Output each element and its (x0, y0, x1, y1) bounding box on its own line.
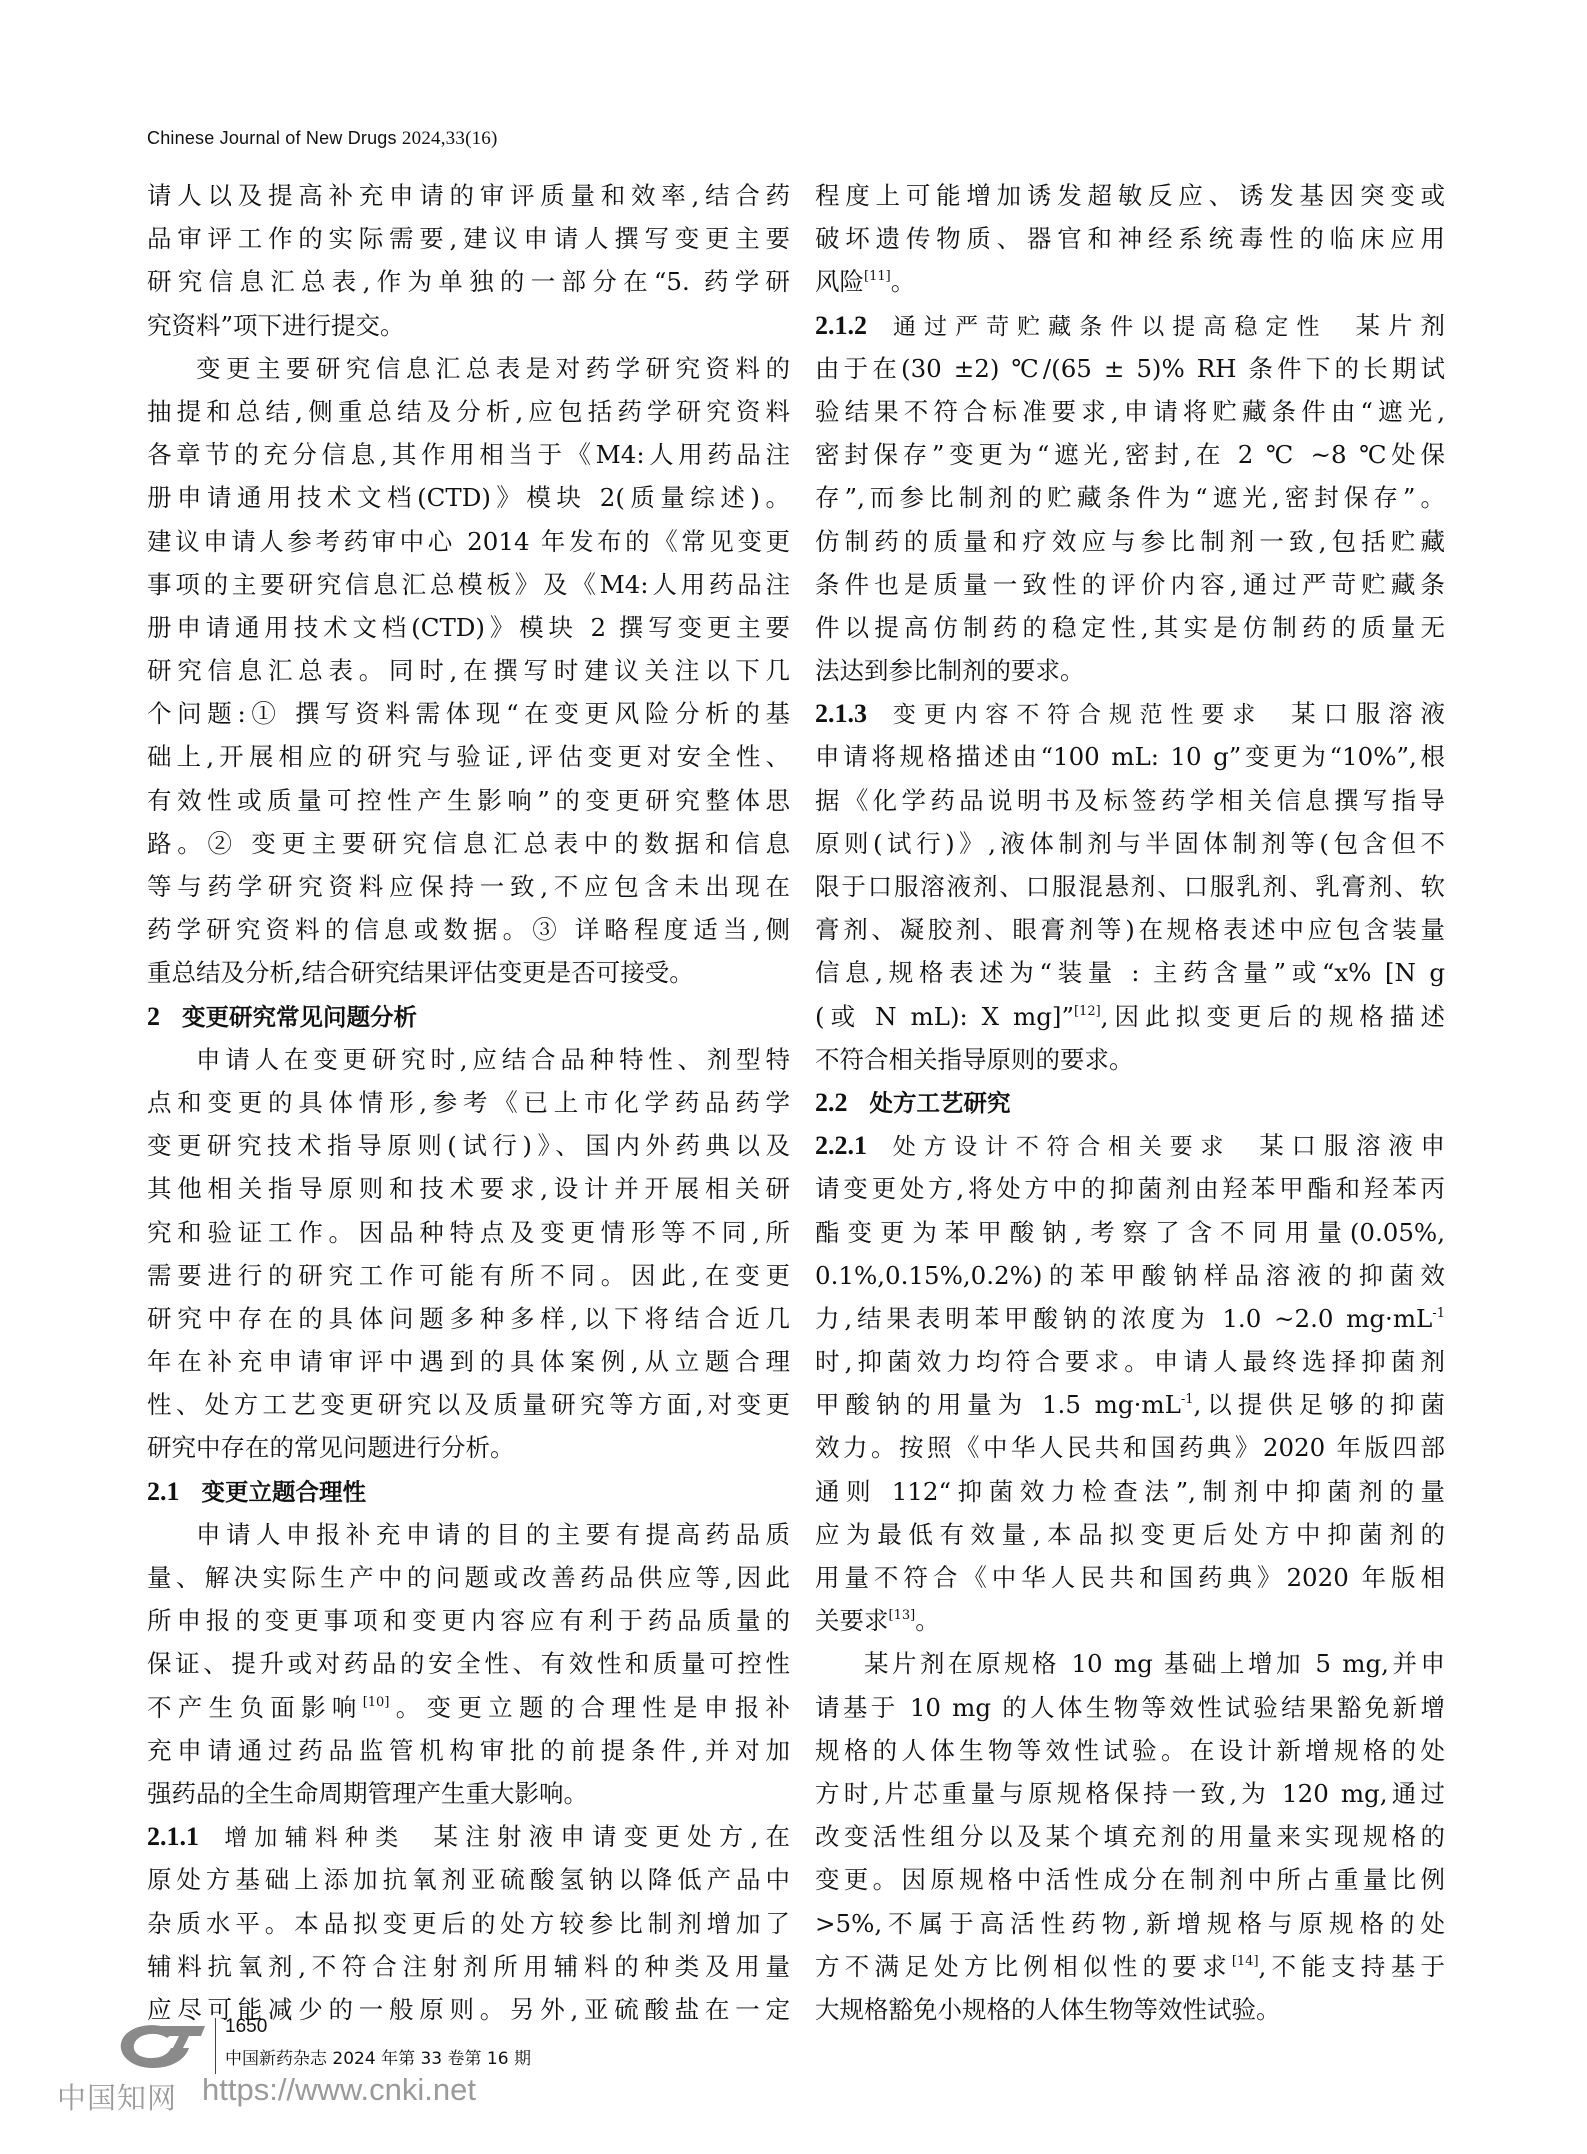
subsection-number: 2.1.1 (147, 1822, 199, 1851)
journal-name: Chinese Journal of New Drugs (147, 128, 397, 148)
text-line: 条件也是质量一致性的评价内容,通过严苛贮藏条 (815, 563, 1445, 606)
citation-12[interactable]: [12] (1074, 1004, 1101, 1019)
text-line: 限于口服溶液剂、口服混悬剂、口服乳剂、乳膏剂、软 (815, 865, 1445, 908)
text-fragment: (或 N mL): X mg]” (815, 1002, 1074, 1031)
text-line: 点和变更的具体情形,参考《已上市化学药品药学 (147, 1081, 790, 1124)
text-line: 时,抑菌效力均符合要求。申请人最终选择抑菌剂 (815, 1340, 1445, 1383)
text-line: 究和验证工作。因品种特点及变更情形等不同,所 (147, 1211, 790, 1254)
page-number: 1650 (225, 2016, 267, 2038)
text-line: 需要进行的研究工作可能有所不同。因此,在变更 (147, 1254, 790, 1297)
text-fragment: ,不能支持基于 (1259, 1952, 1445, 1981)
text-fragment: 某口服溶液申 (1259, 1131, 1445, 1160)
text-line: 原处方基础上添加抗氧剂亚硫酸氢钠以降低产品中 (147, 1858, 790, 1901)
cnki-watermark-name: 中国知网 (57, 2076, 177, 2117)
text-line: 杂质水平。本品拟变更后的处方较参比制剂增加了 (147, 1902, 790, 1945)
text-line: 究资料”项下进行提交。 (147, 304, 790, 347)
text-line: 件以提高仿制药的稳定性,其实是仿制药的质量无 (815, 606, 1445, 649)
text-line-with-citation: (或 N mL): X mg]”[12],因此拟变更后的规格描述 (815, 995, 1445, 1038)
text-line: 验结果不符合标准要求,申请将贮藏条件由“遮光, (815, 390, 1445, 433)
subsection-number: 2.1.3 (815, 699, 867, 728)
text-line: 信息,规格表述为“装量 : 主药含量”或“x% [N g (815, 951, 1445, 994)
text-fragment: 某注射液申请变更处方,在 (433, 1822, 790, 1851)
citation-14[interactable]: [14] (1232, 1954, 1259, 1969)
text-line: 大规格豁免小规格的人体生物等效性试验。 (815, 1988, 1445, 2031)
text-line: 所申报的变更事项和变更内容应有利于药品质量的 (147, 1599, 790, 1642)
text-line: 请基于 10 mg 的人体生物等效性试验结果豁免新增 (815, 1686, 1445, 1729)
text-line-with-citation: 方不满足处方比例相似性的要求[14],不能支持基于 (815, 1945, 1445, 1988)
text-line: 研究中存在的常见问题进行分析。 (147, 1426, 790, 1469)
text-line: 破坏遗传物质、器官和神经系统毒性的临床应用 (815, 217, 1445, 260)
superscript-exponent: -1 (1432, 1306, 1445, 1321)
text-line: 原则(试行)》,液体制剂与半固体制剂等(包含但不 (815, 822, 1445, 865)
text-line-with-citation: 风险[11]。 (815, 260, 1445, 303)
text-line: 研究信息汇总表,作为单独的一部分在“5. 药学研 (147, 260, 790, 303)
text-line: 改变活性组分以及某个填充剂的用量来实现规格的 (815, 1815, 1445, 1858)
text-line: 方时,片芯重量与原规格保持一致,为 120 mg,通过 (815, 1772, 1445, 1815)
subsection-heading-2-1-1: 2.1.1增加辅料种类某注射液申请变更处方,在 (147, 1815, 790, 1858)
footer-journal-issue: 中国新药杂志 2024 年第 33 卷第 16 期 (225, 2044, 531, 2069)
text-line: 强药品的全生命周期管理产生重大影响。 (147, 1772, 790, 1815)
text-line: 研究中存在的具体问题多种多样,以下将结合近几 (147, 1297, 790, 1340)
running-head: Chinese Journal of New Drugs 2024,33(16) (147, 128, 498, 150)
subsection-title: 通过严苛贮藏条件以提高稳定性 (885, 314, 1327, 340)
section-number: 2.2 (815, 1088, 848, 1117)
text-line-with-citation: 不产生负面影响[10]。变更立题的合理性是申报补 (147, 1686, 790, 1729)
citation-11[interactable]: [11] (864, 269, 891, 284)
text-line: 保证、提升或对药品的安全性、有效性和质量可控性 (147, 1642, 790, 1685)
text-fragment: 某口服溶液 (1291, 699, 1445, 728)
text-line: 辅料抗氧剂,不符合注射剂所用辅料的种类及用量 (147, 1945, 790, 1988)
text-line: 应为最低有效量,本品拟变更后处方中抑菌剂的 (815, 1513, 1445, 1556)
section-heading-2-2: 2.2处方工艺研究 (815, 1081, 1445, 1124)
text-line: 变更。因原规格中活性成分在制剂中所占重量比例 (815, 1858, 1445, 1901)
text-line: 抽提和总结,侧重总结及分析,应包括药学研究资料 (147, 390, 790, 433)
section-heading-2: 2变更研究常见问题分析 (147, 995, 790, 1038)
text-line: 其他相关指导原则和技术要求,设计并开展相关研 (147, 1167, 790, 1210)
text-line: 0.1%,0.15%,0.2%)的苯甲酸钠样品溶液的抑菌效 (815, 1254, 1445, 1297)
text-line: 年在补充申请审评中遇到的具体案例,从立题合理 (147, 1340, 790, 1383)
text-fragment: 关要求 (815, 1606, 889, 1635)
text-line: 建议申请人参考药审中心 2014 年发布的《常见变更 (147, 520, 790, 563)
text-line: 某片剂在原规格 10 mg 基础上增加 5 mg,并申 (815, 1642, 1445, 1685)
text-line: 事项的主要研究信息汇总模板》及《M4:人用药品注 (147, 563, 790, 606)
text-fragment: 力,结果表明苯甲酸钠的浓度为 1.0 ~2.0 mg·mL (815, 1304, 1432, 1333)
text-fragment: 不产生负面影响 (147, 1693, 363, 1722)
text-line: 变更主要研究信息汇总表是对药学研究资料的 (147, 347, 790, 390)
text-line: 变更研究技术指导原则(试行)》、国内外药典以及 (147, 1124, 790, 1167)
text-line: 册申请通用技术文档(CTD)》模块 2 撰写变更主要 (147, 606, 790, 649)
section-number: 2.1 (147, 1477, 180, 1506)
subsection-heading-2-1-3: 2.1.3变更内容不符合规范性要求某口服溶液 (815, 692, 1445, 735)
section-title: 变更立题合理性 (202, 1478, 367, 1506)
text-line: 充申请通过药品监管机构审批的前提条件,并对加 (147, 1729, 790, 1772)
text-line: 量、解决实际生产中的问题或改善药品供应等,因此 (147, 1556, 790, 1599)
text-fragment: ,因此拟变更后的规格描述 (1101, 1002, 1445, 1031)
text-line: 存”,而参比制剂的贮藏条件为“遮光,密封保存”。 (815, 476, 1445, 519)
section-number: 2 (147, 1002, 160, 1031)
section-heading-2-1: 2.1变更立题合理性 (147, 1470, 790, 1513)
text-fragment: 方不满足处方比例相似性的要求 (815, 1952, 1232, 1981)
text-line: 请人以及提高补充申请的审评质量和效率,结合药 (147, 174, 790, 217)
text-line: 不符合相关指导原则的要求。 (815, 1038, 1445, 1081)
text-line: 规格的人体生物等效性试验。在设计新增规格的处 (815, 1729, 1445, 1772)
text-line: 通则 112“抑菌效力检查法”,制剂中抑菌剂的量 (815, 1470, 1445, 1513)
section-title: 变更研究常见问题分析 (182, 1003, 417, 1031)
text-line: 申请将规格描述由“100 mL: 10 g”变更为“10%”,根 (815, 735, 1445, 778)
text-line: 等与药学研究资料应保持一致,不应包含未出现在 (147, 865, 790, 908)
volume-issue: 2024,33(16) (402, 128, 498, 149)
text-fragment: 风险 (815, 267, 864, 296)
left-column: 请人以及提高补充申请的审评质量和效率,结合药 品审评工作的实际需要,建议申请人撰… (147, 174, 790, 2031)
text-line: 请变更处方,将处方中的抑菌剂由羟苯甲酯和羟苯丙 (815, 1167, 1445, 1210)
text-line: 酯变更为苯甲酸钠,考察了含不同用量(0.05%, (815, 1211, 1445, 1254)
text-line: 仿制药的质量和疗效应与参比制剂一致,包括贮藏 (815, 520, 1445, 563)
subsection-number: 2.1.2 (815, 311, 867, 340)
text-line: 册申请通用技术文档(CTD)》模块 2(质量综述)。 (147, 476, 790, 519)
journal-logo-icon (115, 2018, 207, 2074)
subsection-title: 变更内容不符合规范性要求 (885, 702, 1263, 728)
text-line-with-citation: 关要求[13]。 (815, 1599, 1445, 1642)
text-line: 性、处方工艺变更研究以及质量研究等方面,对变更 (147, 1383, 790, 1426)
superscript-exponent: -1 (1181, 1392, 1194, 1407)
text-line: 研究信息汇总表。同时,在撰写时建议关注以下几 (147, 649, 790, 692)
text-fragment: 某片剂 (1355, 311, 1445, 340)
section-title: 处方工艺研究 (870, 1089, 1011, 1117)
text-line-with-superscript: 甲酸钠的用量为 1.5 mg·mL-1,以提供足够的抑菌 (815, 1383, 1445, 1426)
text-line: 品审评工作的实际需要,建议申请人撰写变更主要 (147, 217, 790, 260)
text-line: 重总结及分析,结合研究结果评估变更是否可接受。 (147, 951, 790, 994)
right-column: 程度上可能增加诱发超敏反应、诱发基因突变或 破坏遗传物质、器官和神经系统毒性的临… (815, 174, 1445, 2031)
citation-10[interactable]: [10] (363, 1695, 390, 1710)
text-line: 申请人申报补充申请的目的主要有提高药品质 (147, 1513, 790, 1556)
text-line: 础上,开展相应的研究与验证,评估变更对安全性、 (147, 735, 790, 778)
text-line: 程度上可能增加诱发超敏反应、诱发基因突变或 (815, 174, 1445, 217)
subsection-heading-2-2-1: 2.2.1处方设计不符合相关要求某口服溶液申 (815, 1124, 1445, 1167)
subsection-heading-2-1-2: 2.1.2通过严苛贮藏条件以提高稳定性某片剂 (815, 304, 1445, 347)
text-line: 用量不符合《中华人民共和国药典》2020 年版相 (815, 1556, 1445, 1599)
text-line: 法达到参比制剂的要求。 (815, 649, 1445, 692)
text-line: 药学研究资料的信息或数据。③ 详略程度适当,侧 (147, 908, 790, 951)
text-line: 效力。按照《中华人民共和国药典》2020 年版四部 (815, 1426, 1445, 1469)
subsection-title: 处方设计不符合相关要求 (885, 1134, 1231, 1160)
text-line: >5%,不属于高活性药物,新增规格与原规格的处 (815, 1902, 1445, 1945)
text-line: 由于在(30 ±2) ℃/(65 ± 5)% RH 条件下的长期试 (815, 347, 1445, 390)
text-line: 各章节的充分信息,其作用相当于《M4:人用药品注 (147, 433, 790, 476)
text-fragment: 。变更立题的合理性是申报补 (389, 1693, 790, 1722)
text-fragment: 。 (915, 1606, 940, 1635)
text-line: 申请人在变更研究时,应结合品种特性、剂型特 (147, 1038, 790, 1081)
footer-divider (215, 2018, 216, 2074)
text-line: 膏剂、凝胶剂、眼膏剂等)在规格表述中应包含装量 (815, 908, 1445, 951)
citation-13[interactable]: [13] (889, 1608, 916, 1623)
text-line: 路。② 变更主要研究信息汇总表中的数据和信息 (147, 822, 790, 865)
text-line: 据《化学药品说明书及标签药学相关信息撰写指导 (815, 779, 1445, 822)
text-line: 个问题:① 撰写资料需体现“在变更风险分析的基 (147, 692, 790, 735)
text-line: 密封保存”变更为“遮光,密封,在 2 ℃ ~8 ℃处保 (815, 433, 1445, 476)
text-line-with-superscript: 力,结果表明苯甲酸钠的浓度为 1.0 ~2.0 mg·mL-1 (815, 1297, 1445, 1340)
text-fragment: 甲酸钠的用量为 1.5 mg·mL (815, 1390, 1181, 1419)
subsection-title: 增加辅料种类 (217, 1825, 405, 1851)
cnki-watermark-url[interactable]: https://www.cnki.net (202, 2072, 476, 2108)
subsection-number: 2.2.1 (815, 1131, 867, 1160)
text-fragment: ,以提供足够的抑菌 (1194, 1390, 1445, 1419)
text-fragment: 。 (891, 267, 916, 296)
text-line: 有效性或质量可控性产生影响”的变更研究整体思 (147, 779, 790, 822)
